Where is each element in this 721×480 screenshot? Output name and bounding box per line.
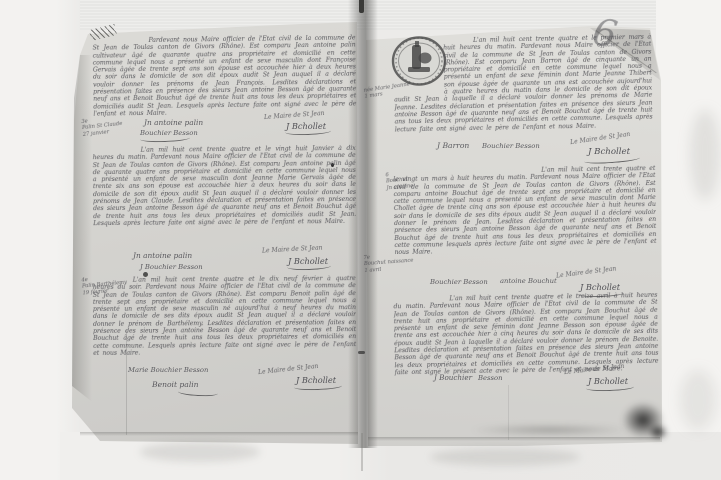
ghost-writing-smudge xyxy=(140,442,260,462)
page-bottom-shadow xyxy=(368,437,660,441)
scan-artifact xyxy=(680,370,716,430)
act-body: L'an mil huit cent trente quatre et le p… xyxy=(393,34,653,143)
scanned-register-spread: 6 Pardevant nous Maire officier de l'Eta… xyxy=(0,0,721,480)
party-signature: Jn antoine palin xyxy=(133,251,192,260)
act-body: L'an mil huit cent trente quatre et le v… xyxy=(93,145,357,248)
binding-mark xyxy=(359,0,364,13)
smudge-streak xyxy=(470,424,630,436)
party-signature: J Bouchier xyxy=(434,373,472,382)
act-body: L'an mil huit cent trente quatre et le d… xyxy=(93,275,357,367)
witness-signatures: Bouchier Besson xyxy=(482,142,540,150)
page-bottom-shadow xyxy=(80,432,358,436)
party-signature: J Barron xyxy=(437,141,469,150)
party-signature: Jn antoine palin xyxy=(144,118,203,127)
party-signature: Benoit palin xyxy=(152,380,199,389)
ghost-writing-smudge xyxy=(430,448,580,466)
witness-signatures: Besson xyxy=(478,374,502,382)
witness-signatures: J Bouchier Besson xyxy=(140,263,203,271)
witness-signatures: Marie Bouchier Besson xyxy=(128,366,208,374)
ink-dash xyxy=(358,351,365,354)
scan-artifact xyxy=(690,110,720,200)
witness-signatures: Bouchier Besson xyxy=(430,278,488,286)
left-page-edge-shadow xyxy=(72,55,92,415)
party-signature: antoine Bouchut xyxy=(500,277,557,285)
gutter-lower-line xyxy=(361,433,363,471)
act-body: L'an mil huit cent trente quatre et le v… xyxy=(393,165,657,269)
ink-stain xyxy=(648,424,668,440)
scanner-background-left xyxy=(0,0,80,480)
